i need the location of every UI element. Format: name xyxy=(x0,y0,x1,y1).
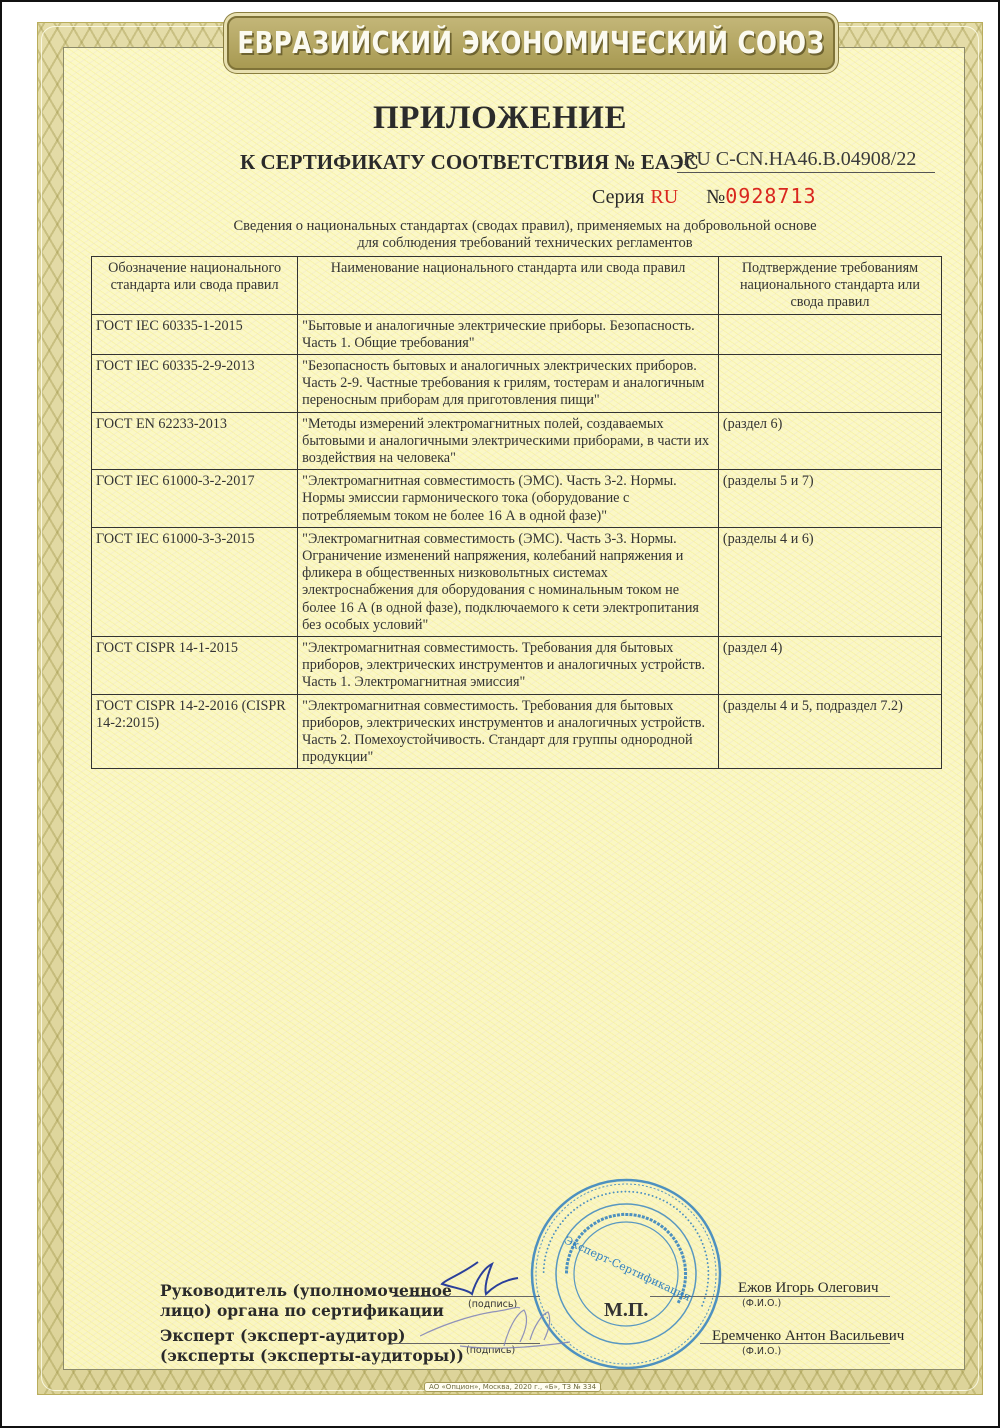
cell-code: ГОСТ CISPR 14-1-2015 xyxy=(92,637,298,695)
cell-confirmation xyxy=(718,314,941,354)
column-header-code: Обозначение национального стандарта или … xyxy=(92,257,298,315)
certificate-number-field: RU C-CN.HA46.B.04908/22 xyxy=(677,146,935,173)
certificate-number: RU C-CN.HA46.B.04908/22 xyxy=(683,148,916,171)
cell-code: ГОСТ IEC 60335-1-2015 xyxy=(92,314,298,354)
series-label: Серия xyxy=(592,186,644,208)
cell-confirmation: (разделы 5 и 7) xyxy=(718,470,941,528)
signature-scribbles-icon xyxy=(420,1250,580,1360)
cell-name: "Электромагнитная совместимость. Требова… xyxy=(298,637,719,695)
cell-name: "Электромагнитная совместимость (ЭМС). Ч… xyxy=(298,527,719,636)
cell-code: ГОСТ EN 62233-2013 xyxy=(92,412,298,470)
cell-code: ГОСТ CISPR 14-2-2016 (CISPR 14-2:2015) xyxy=(92,694,298,769)
certificate-label: К СЕРТИФИКАТУ СООТВЕТСТВИЯ № ЕАЭС xyxy=(240,150,699,175)
table-row: ГОСТ IEC 60335-2-9-2013 "Безопасность бы… xyxy=(92,355,942,413)
stamp-center-text: Эксперт-Сертификация xyxy=(562,1234,693,1304)
standards-table: Обозначение национального стандарта или … xyxy=(91,256,942,769)
cell-confirmation: (раздел 6) xyxy=(718,412,941,470)
page-title: ПРИЛОЖЕНИЕ xyxy=(0,100,1000,137)
table-row: ГОСТ CISPR 14-2-2016 (CISPR 14-2:2015) "… xyxy=(92,694,942,769)
cell-name: "Бытовые и аналогичные электрические при… xyxy=(298,314,719,354)
table-row: ГОСТ IEC 61000-3-3-2015 "Электромагнитна… xyxy=(92,527,942,636)
cell-confirmation xyxy=(718,355,941,413)
subtitle-line-1: Сведения о национальных стандартах (свод… xyxy=(0,218,1000,235)
cell-code: ГОСТ IEC 61000-3-3-2015 xyxy=(92,527,298,636)
union-banner: ЕВРАЗИЙСКИЙ ЭКОНОМИЧЕСКИЙ СОЮЗ xyxy=(227,16,835,70)
table-row: ГОСТ IEC 60335-1-2015 "Бытовые и аналоги… xyxy=(92,314,942,354)
cell-confirmation: (разделы 4 и 5, подраздел 7.2) xyxy=(718,694,941,769)
blank-number-label: № xyxy=(706,186,725,208)
series-value: RU xyxy=(650,186,678,208)
column-header-name: Наименование национального стандарта или… xyxy=(298,257,719,315)
printer-note: АО «Опцион», Москва, 2020 г., «Б», ТЗ № … xyxy=(424,1382,601,1392)
column-header-confirmation: Подтверждение требованиям национального … xyxy=(718,257,941,315)
table-header-row: Обозначение национального стандарта или … xyxy=(92,257,942,315)
series-line: СерияRU№0928713 xyxy=(592,184,817,209)
cell-name: "Методы измерений электромагнитных полей… xyxy=(298,412,719,470)
certificate-number-line: К СЕРТИФИКАТУ СООТВЕТСТВИЯ № ЕАЭС RU C-C… xyxy=(240,146,940,176)
table-row: ГОСТ CISPR 14-1-2015 "Электромагнитная с… xyxy=(92,637,942,695)
cell-code: ГОСТ IEC 61000-3-2-2017 xyxy=(92,470,298,528)
subtitle-line-2: для соблюдения требований технических ре… xyxy=(0,235,1000,252)
banner-text: ЕВРАЗИЙСКИЙ ЭКОНОМИЧЕСКИЙ СОЮЗ xyxy=(237,26,824,61)
table-row: ГОСТ EN 62233-2013 "Методы измерений эле… xyxy=(92,412,942,470)
blank-number-value: 0928713 xyxy=(725,184,816,208)
table-row: ГОСТ IEC 61000-3-2-2017 "Электромагнитна… xyxy=(92,470,942,528)
cell-confirmation: (раздел 4) xyxy=(718,637,941,695)
cell-name: "Электромагнитная совместимость. Требова… xyxy=(298,694,719,769)
cell-name: "Безопасность бытовых и аналогичных элек… xyxy=(298,355,719,413)
cell-name: "Электромагнитная совместимость (ЭМС). Ч… xyxy=(298,470,719,528)
seal-mark: М.П. xyxy=(604,1299,648,1322)
subtitle: Сведения о национальных стандартах (свод… xyxy=(0,218,1000,252)
cell-code: ГОСТ IEC 60335-2-9-2013 xyxy=(92,355,298,413)
cell-confirmation: (разделы 4 и 6) xyxy=(718,527,941,636)
